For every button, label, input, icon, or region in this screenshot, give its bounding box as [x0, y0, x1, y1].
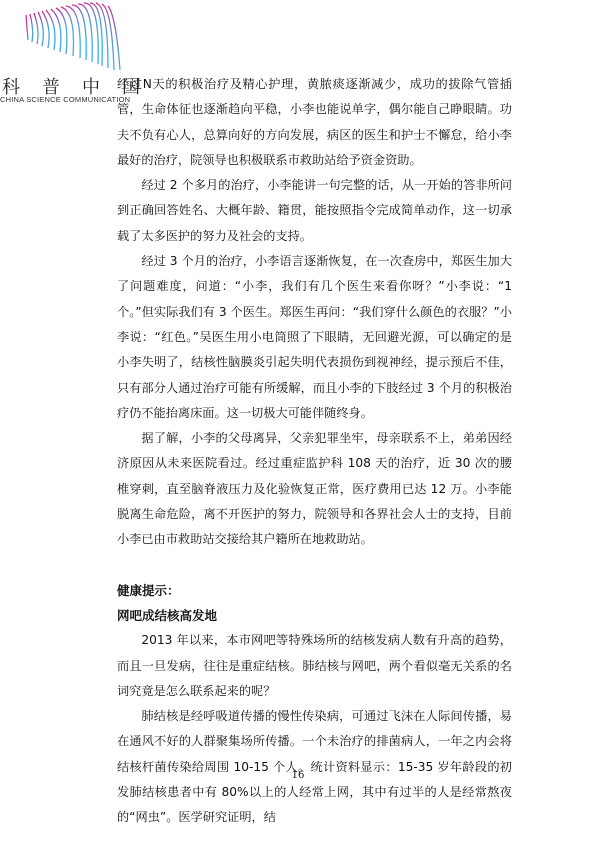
logo-english-name: CHINA SCIENCE COMMUNICATION [0, 95, 130, 104]
health-tip-label: 健康提示： [117, 578, 512, 603]
paragraph: 经过N天的积极治疗及精心护理，黄脓痰逐渐减少，成功的拔除气管插管，生命体征也逐渐… [117, 72, 512, 173]
paragraph: 据了解，小李的父母离异，父亲犯罪坐牢，母亲联系不上，弟弟因经济原因从未来医院看过… [117, 426, 512, 552]
paragraph: 肺结核是经呼吸道传播的慢性传染病，可通过飞沫在人际间传播，易在通风不好的人群聚集… [117, 704, 512, 830]
paragraph: 经过 3 个月的治疗，小李语言逐渐恢复，在一次查房中，郑医生加大了问题难度，问道… [117, 249, 512, 426]
page-number: 16 [0, 770, 596, 781]
logo-wave-icon [18, 0, 128, 75]
document-body: 经过N天的积极治疗及精心护理，黄脓痰逐渐减少，成功的拔除气管插管，生命体征也逐渐… [117, 72, 512, 831]
paragraph: 2013 年以来，本市网吧等特殊场所的结核发病人数有升高的趋势，而且一旦发病，往… [117, 628, 512, 704]
section-title: 网吧成结核高发地 [117, 603, 512, 628]
paragraph: 经过 2 个多月的治疗，小李能讲一句完整的话，从一开始的答非所问到正确回答姓名、… [117, 173, 512, 249]
logo: 科普中国 CHINA SCIENCE COMMUNICATION [0, 0, 130, 100]
spacer [117, 553, 512, 578]
